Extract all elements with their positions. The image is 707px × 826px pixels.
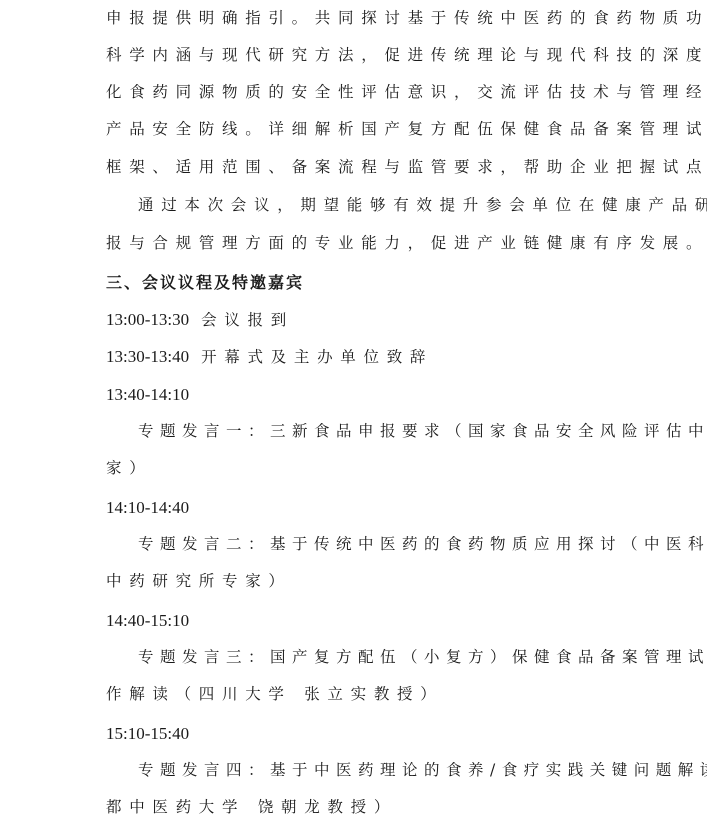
agenda-detail-line: 作解读（四川大学 张立实教授）: [106, 676, 443, 713]
agenda-item: 15:10-15:40: [106, 715, 189, 752]
agenda-item: 13:00-13:30会议报到: [106, 301, 294, 338]
agenda-detail-line: 专题发言一：三新食品申报要求（国家食品安全风险评估中心专: [138, 413, 707, 450]
paragraph-line: 报与合规管理方面的专业能力，促进产业链健康有序发展。: [106, 225, 707, 262]
agenda-detail-line: 家）: [106, 450, 152, 487]
agenda-title: 会议报到: [201, 311, 294, 329]
agenda-detail-line: 专题发言三：国产复方配伍（小复方）保健食品备案管理试点工: [138, 639, 707, 676]
agenda-time: 15:10-15:40: [106, 724, 189, 743]
agenda-item: 14:10-14:40: [106, 489, 189, 526]
section-heading: 三、会议议程及特邀嘉宾: [106, 264, 304, 301]
paragraph-line: 通过本次会议，期望能够有效提升参会单位在健康产品研发、申: [138, 187, 707, 224]
paragraph-line: 框架、适用范围、备案流程与监管要求，帮助企业把握试点机遇。: [106, 149, 707, 186]
paragraph-line: 科学内涵与现代研究方法，促进传统理论与现代科技的深度融合。强: [106, 37, 707, 74]
agenda-detail-line: 都中医药大学 饶朝龙教授）: [106, 789, 397, 826]
paragraph-line: 申报提供明确指引。共同探讨基于传统中医药的食药物质功能声称的: [106, 0, 707, 37]
agenda-time: 13:40-14:10: [106, 385, 189, 404]
agenda-detail-line: 专题发言二：基于传统中医药的食药物质应用探讨（中医科学院: [138, 526, 707, 563]
agenda-item: 13:30-13:40开幕式及主办单位致辞: [106, 338, 433, 375]
agenda-detail-line: 中药研究所专家）: [106, 563, 292, 600]
agenda-item: 14:40-15:10: [106, 602, 189, 639]
agenda-item: 13:40-14:10: [106, 376, 189, 413]
agenda-time: 14:40-15:10: [106, 611, 189, 630]
agenda-time: 14:10-14:40: [106, 498, 189, 517]
paragraph-line: 产品安全防线。详细解析国产复方配伍保健食品备案管理试点的政策: [106, 111, 707, 148]
agenda-time: 13:30-13:40: [106, 347, 189, 366]
paragraph-line: 化食药同源物质的安全性评估意识，交流评估技术与管理经验，筑牢: [106, 74, 707, 111]
agenda-time: 13:00-13:30: [106, 310, 189, 329]
agenda-title: 开幕式及主办单位致辞: [201, 348, 433, 366]
agenda-detail-line: 专题发言四：基于中医药理论的食养/食疗实践关键问题解读（成: [138, 752, 707, 789]
